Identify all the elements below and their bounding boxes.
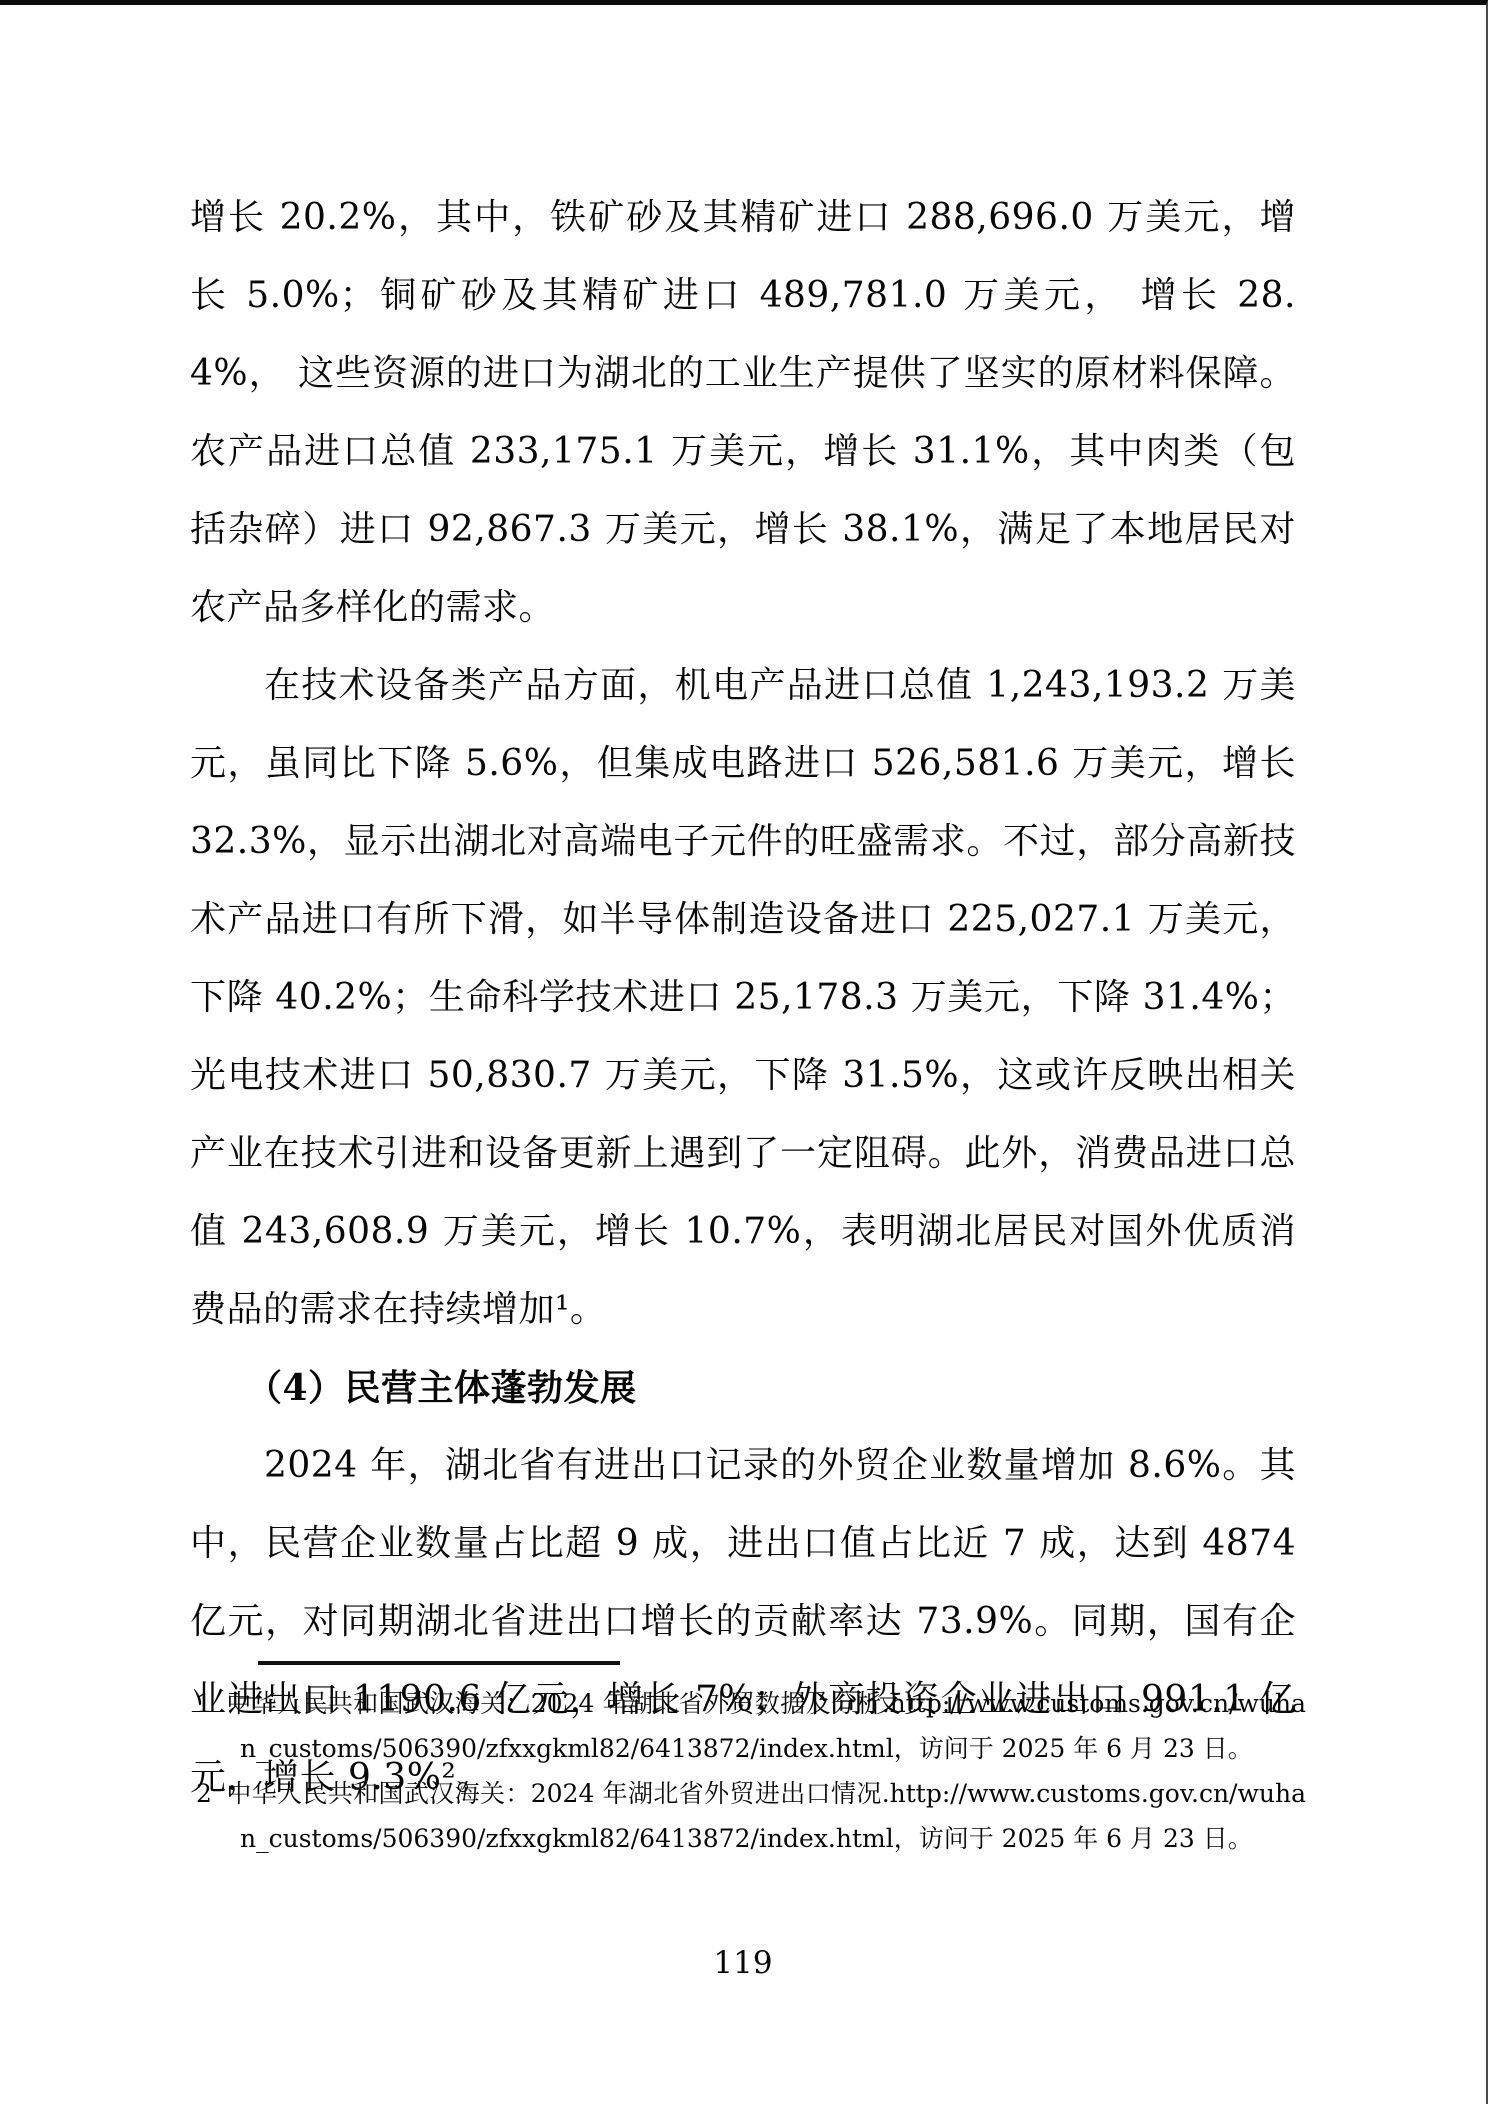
paragraph-tech-equipment: 在技术设备类产品方面，机电产品进口总值 1,243,193.2 万美元，虽同比下…	[190, 647, 1296, 1349]
footnotes-block: 1中华人民共和国武汉海关：2024 年湖北省外贸数据及分析.http://www…	[196, 1681, 1306, 1861]
footnote-1-number: 1	[196, 1681, 226, 1726]
page-body-text: 增长 20.2%，其中，铁矿砂及其精矿进口 288,696.0 万美元，增长 5…	[190, 179, 1296, 1817]
page-number: 119	[0, 1943, 1486, 1983]
footnote-2-text: 中华人民共和国武汉海关：2024 年湖北省外贸进出口情况.http://www.…	[226, 1779, 1306, 1853]
footnote-2: 2中华人民共和国武汉海关：2024 年湖北省外贸进出口情况.http://www…	[196, 1771, 1306, 1861]
footnote-separator-line	[258, 1661, 620, 1665]
footnote-1-text: 中华人民共和国武汉海关：2024 年湖北省外贸数据及分析.http://www.…	[226, 1689, 1306, 1763]
document-page: 增长 20.2%，其中，铁矿砂及其精矿进口 288,696.0 万美元，增长 5…	[0, 0, 1488, 2104]
paragraph-imports-resources: 增长 20.2%，其中，铁矿砂及其精矿进口 288,696.0 万美元，增长 5…	[190, 179, 1296, 647]
section-heading-4-private-sector: （4）民营主体蓬勃发展	[190, 1349, 1296, 1427]
footnote-1: 1中华人民共和国武汉海关：2024 年湖北省外贸数据及分析.http://www…	[196, 1681, 1306, 1771]
footnote-2-number: 2	[196, 1771, 226, 1816]
